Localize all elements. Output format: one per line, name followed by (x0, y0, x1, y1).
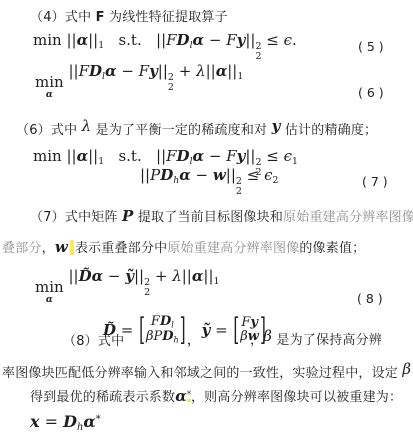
text-token: ，则高分辨率图像块可以被重建为： (191, 390, 402, 405)
right-bracket: ] (180, 312, 186, 349)
text-token: P (150, 166, 160, 184)
equation-5: min ||α||1 s.t. ||FDlα − Fy||22 ≤ ϵ. (33, 31, 297, 62)
text-token: α (193, 31, 205, 49)
text-token: β (240, 329, 248, 344)
text-token: α (175, 387, 187, 405)
text-token: || (203, 267, 213, 285)
text-token: D (160, 314, 171, 329)
text-token: ， (42, 241, 55, 256)
text-token: β (146, 329, 154, 344)
text-token: 原始重建高分辨率图像 (167, 241, 299, 256)
text-token: || (226, 166, 236, 184)
text-token: − (204, 31, 226, 49)
text-token: x (30, 412, 40, 431)
text-token: 率图像块匹配低分辨率输入和邻域之间的一致性，实验过程中，设定 (2, 366, 402, 381)
text-token: F (79, 62, 89, 80)
text-token: ϵ (284, 31, 292, 49)
matrix-row: βPDh (146, 330, 179, 345)
text-token: F (166, 147, 176, 165)
text-token: λ (196, 62, 206, 80)
text-token: w (213, 166, 226, 184)
paragraph-reconstruction-note: 得到最优的稀疏表示系数α*，则高分辨率图像块可以被重建为： (30, 386, 402, 405)
text-token: || (182, 267, 192, 285)
text-token: F (226, 31, 236, 49)
paragraph-eq7-note-line2: 叠部分，w表示重叠部分中原始重建高分辨率图像的像素值； (2, 237, 365, 256)
text-token: ỹ (202, 321, 211, 339)
text-token: （4）式中 (30, 10, 96, 25)
equation-number-7: ( 7 ) (362, 174, 388, 189)
text-token: P (122, 207, 133, 225)
text-token: P (154, 329, 163, 344)
matrix-row: Fy (241, 316, 258, 330)
text-token: 是为了保持高分辨 (272, 333, 382, 348)
text-token: − (191, 166, 213, 184)
text-token: D (89, 62, 102, 80)
paragraph-eq8-note-line2: 率图像块匹配低分辨率输入和邻域之间的一致性，实验过程中，设定 β =1 (2, 362, 413, 381)
left-bracket: [ (139, 312, 145, 349)
equation-number-5: ( 5 ) (358, 39, 384, 54)
equation-number-8: ( 8 ) (357, 291, 383, 306)
text-token: D̃ (103, 321, 116, 339)
text-token: = (116, 321, 138, 339)
text-token: || (68, 62, 78, 80)
text-token: （6）式中 (16, 123, 82, 138)
text-token: 1 (292, 156, 298, 167)
text-token: s.t. (104, 147, 156, 165)
text-token: || (66, 31, 76, 49)
text-token: D̃ (79, 267, 92, 285)
paragraph-eq8-note-suffix: ，β 是为了保持高分辨 (250, 329, 382, 348)
text-token: y (250, 315, 258, 330)
text-token: l (171, 320, 174, 329)
text-token: 是为了平衡一定的稀疏度和对 (91, 123, 271, 138)
text-token: D (162, 329, 173, 344)
min-underset: minα (35, 75, 64, 100)
equation-number-6: ( 6 ) (358, 85, 384, 100)
text-token: 叠部分 (2, 241, 42, 256)
text-token: D (160, 166, 173, 184)
text-token: α (179, 166, 191, 184)
text-token: F (151, 314, 160, 329)
text-token: || (66, 147, 76, 165)
text-token: ≤ (262, 31, 284, 49)
text-token: − (204, 147, 226, 165)
document-page: （4）式中 F 为线性特征提取算子 min ||α||1 s.t. ||FDlα… (0, 0, 413, 439)
matrix-rows: FDlβPDh (145, 315, 180, 346)
text-token: α (216, 62, 228, 80)
text-token: ≤ (262, 147, 284, 165)
text-token: 得到最优的稀疏表示系数 (30, 390, 175, 405)
text-token: 为线性特征提取算子 (105, 10, 228, 25)
text-token: − (117, 62, 139, 80)
text-token: F (96, 10, 105, 25)
text-token: λ (172, 267, 182, 285)
text-token: h (174, 335, 179, 344)
text-token: ≤ (242, 166, 264, 184)
text-token: 1 (237, 71, 243, 82)
text-token: ϵ (284, 147, 292, 165)
text-token: || (158, 62, 168, 80)
text-token: || (88, 147, 98, 165)
text-token: = (210, 321, 232, 339)
text-token: α (105, 62, 117, 80)
text-token: α (193, 147, 205, 165)
text-token: 的像素值； (299, 241, 365, 256)
text-token: 原始重建高分辨率图像重 (283, 210, 413, 225)
paragraph-eq4-note: （4）式中 F 为线性特征提取算子 (30, 6, 228, 25)
text-token: = (40, 412, 64, 431)
text-token: y (272, 117, 281, 135)
text-token: 1 (214, 276, 220, 287)
text-token: 提取了当前目标图像块和 (134, 210, 284, 225)
text-token: − (103, 267, 125, 285)
text-token: + (174, 62, 196, 80)
text-token: α (192, 267, 204, 285)
text-token: α (83, 412, 95, 431)
paragraph-eq6-note: （6）式中 λ 是为了平衡一定的稀疏度和对 y 估计的精确度； (16, 119, 377, 138)
text-token: ， (250, 333, 263, 348)
text-token: α (77, 147, 89, 165)
text-token: D (177, 31, 190, 49)
equation-6: minα ||FDlα − Fy||22 + λ||α||1 (35, 62, 243, 100)
text-token: 表示重叠部分中 (75, 241, 167, 256)
equation-7-row2: ||PDhα − w||22 ≤ ϵ2 (140, 166, 278, 197)
text-token: λ (82, 117, 92, 135)
text-cursor (70, 240, 74, 255)
text-token: y (149, 62, 158, 80)
text-token: min (33, 31, 66, 49)
text-token: （7）式中矩阵 (30, 210, 122, 225)
text-token: β (402, 360, 411, 378)
text-token: || (134, 267, 144, 285)
text-token: . (292, 31, 297, 49)
text-token: || (156, 147, 166, 165)
text-token: 2 (272, 175, 278, 186)
text-token: α (92, 267, 104, 285)
text-token: || (156, 31, 166, 49)
text-token: || (245, 31, 255, 49)
text-token: w (55, 238, 68, 256)
text-token: D (177, 147, 190, 165)
text-token: || (227, 62, 237, 80)
text-token: min (33, 147, 66, 165)
text-token: + (150, 267, 172, 285)
min-underset: minα (35, 280, 64, 305)
text-token: || (68, 267, 78, 285)
equation-8: minα ||D̃α − ỹ||22 + λ||α||1 (35, 267, 219, 305)
equation-8-definitions: D̃ = [FDlβPDh]，ỹ = [Fyβw] (103, 312, 267, 348)
paragraph-eq7-note-line1: （7）式中矩阵 P 提取了当前目标图像块和原始重建高分辨率图像重 (30, 206, 413, 225)
equation-reconstruction: x = Dhα* (30, 412, 101, 433)
text-token: || (88, 31, 98, 49)
text-token: ỹ (125, 267, 134, 285)
text-token: β (263, 327, 272, 345)
text-token: || (140, 166, 150, 184)
text-token: ， (187, 330, 202, 348)
text-token: D (63, 412, 77, 431)
text-token: F (226, 147, 236, 165)
matrix-row: FDl (151, 315, 174, 330)
text-token: F (139, 62, 149, 80)
text-token: || (206, 62, 216, 80)
text-token: s.t. (104, 31, 156, 49)
matrix: [FDlβPDh] (139, 315, 185, 346)
text-token: 估计的精确度； (281, 123, 378, 138)
text-token: || (245, 147, 255, 165)
text-token: α (77, 31, 89, 49)
left-bracket: [ (233, 312, 239, 349)
text-token: * (96, 414, 101, 425)
text-token: F (166, 31, 176, 49)
